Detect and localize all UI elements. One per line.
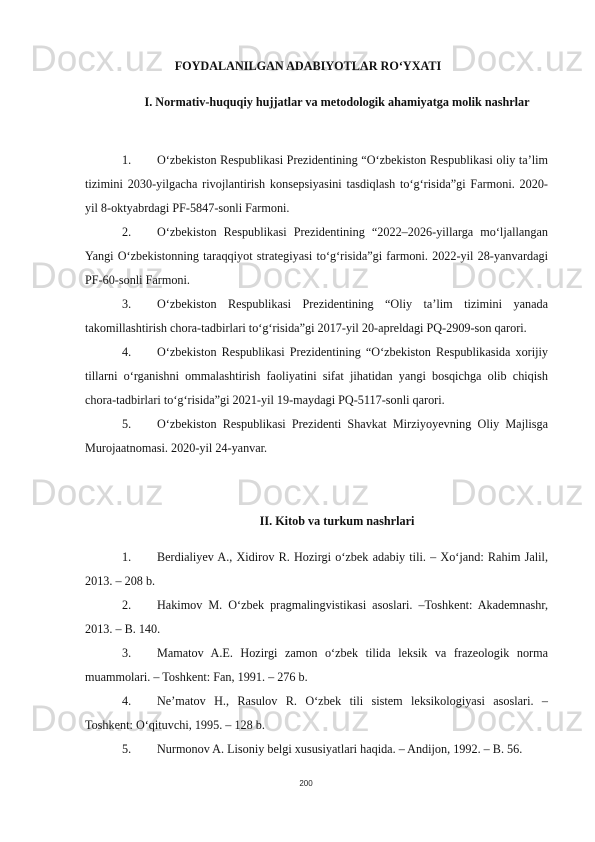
reference-number: 3. <box>122 641 157 665</box>
page-number: 200 <box>0 779 595 788</box>
reference-item: 4.Ne’matov H., Rasulov R. O‘zbek tili si… <box>85 689 548 737</box>
reference-item: 2.Hakimov M. O‘zbek pragmalingvistikasi … <box>85 593 548 641</box>
reference-item: 5.O‘zbekiston Respublikasi Prezidenti Sh… <box>85 412 548 460</box>
document-page: FOYDALANILGAN ADABIYOTLAR RO‘YXATI I. No… <box>0 0 595 842</box>
reference-number: 1. <box>122 545 157 569</box>
section-heading-books: II. Kitob va turkum nashrlari <box>126 509 548 533</box>
reference-number: 5. <box>122 737 157 761</box>
reference-number: 2. <box>122 593 157 617</box>
reference-item: 5.Nurmonov A. Lisoniy belgi xususiyatlar… <box>85 737 548 761</box>
section-heading-normative: I. Normativ-huquqiy hujjatlar va metodol… <box>126 90 548 114</box>
reference-list-books: 1.Berdialiyev A., Xidirov R. Hozirgi o‘z… <box>85 545 548 761</box>
reference-number: 1. <box>122 148 157 172</box>
reference-number: 4. <box>122 689 157 713</box>
page-title: FOYDALANILGAN ADABIYOTLAR RO‘YXATI <box>0 58 595 74</box>
reference-item: 1.O‘zbekiston Respublikasi Prezidentinin… <box>85 148 548 220</box>
reference-item: 1.Berdialiyev A., Xidirov R. Hozirgi o‘z… <box>85 545 548 593</box>
reference-number: 3. <box>122 292 157 316</box>
reference-item: 2.O‘zbekiston Respublikasi Prezidentinin… <box>85 220 548 292</box>
reference-item: 3.Mamatov A.E. Hozirgi zamon o‘zbek tili… <box>85 641 548 689</box>
reference-list-normative: 1.O‘zbekiston Respublikasi Prezidentinin… <box>85 148 548 460</box>
reference-text: Nurmonov A. Lisoniy belgi xususiyatlari … <box>157 742 522 756</box>
reference-item: 4.O‘zbekiston Respublikasi Prezidentinin… <box>85 340 548 412</box>
reference-item: 3.O‘zbekiston Respublikasi Prezidentinin… <box>85 292 548 340</box>
reference-number: 4. <box>122 340 157 364</box>
reference-number: 5. <box>122 412 157 436</box>
reference-number: 2. <box>122 220 157 244</box>
